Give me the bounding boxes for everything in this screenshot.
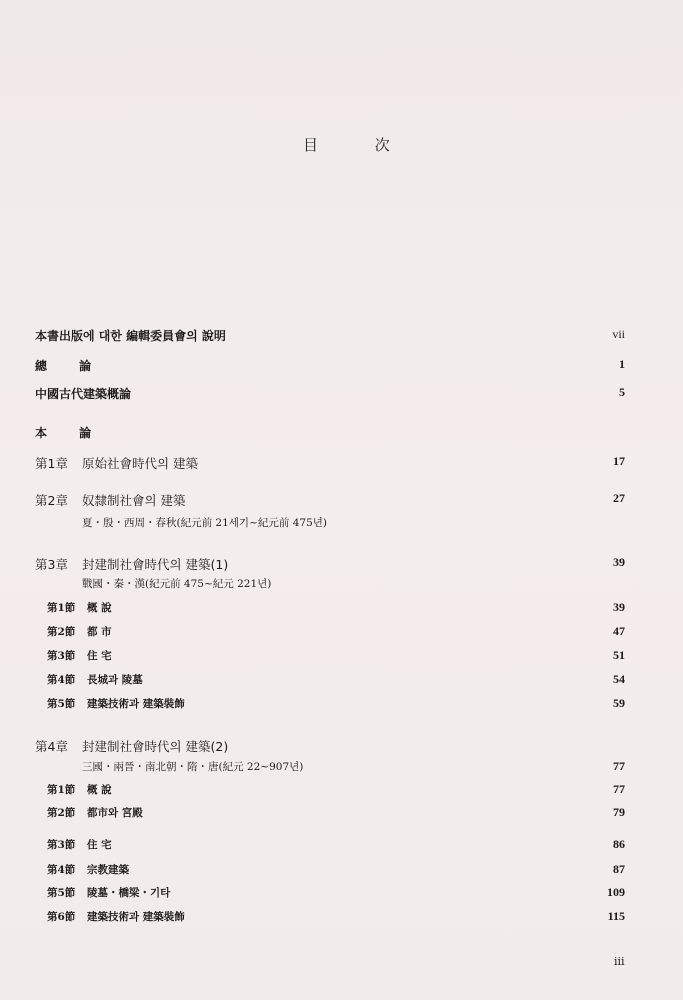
chapter-number: 第1章: [35, 454, 68, 472]
section-number: 第2節: [47, 624, 75, 639]
page-folio: iii: [614, 955, 625, 968]
entry-page: 1: [619, 357, 625, 372]
chapter-title: 原始社會時代의 建築: [82, 454, 198, 472]
section-number: 第1節: [47, 782, 75, 797]
section-number: 第5節: [47, 696, 75, 711]
entry-page: 47: [613, 624, 625, 639]
section-entry: 第3節 住 宅 86: [0, 837, 683, 857]
chapter-subtitle: 三國・兩晉・南北朝・隋・唐(紀元 22~907년) 77: [0, 759, 683, 779]
section-entry: 第1節 概 說 39: [0, 600, 683, 620]
section-entry: 第2節 都市와 宮殿 79: [0, 805, 683, 825]
entry-page: vii: [612, 327, 625, 342]
entry-page: 39: [613, 600, 625, 615]
chapter-entry: 第4章 封建制社會時代의 建築(2): [0, 737, 683, 757]
section-entry: 第2節 都 市 47: [0, 624, 683, 644]
section-title: 建築技術과 建築裝飾: [87, 696, 185, 711]
section-number: 第3節: [47, 648, 75, 663]
section-number: 第1節: [47, 600, 75, 615]
page-title: 目 次: [303, 134, 416, 155]
chapter-entry: 第3章 封建制社會時代의 建築(1) 39: [0, 555, 683, 575]
chapter-title: 封建制社會時代의 建築(2): [82, 737, 228, 755]
chapter-number: 第2章: [35, 491, 68, 509]
entry-page: 17: [613, 454, 625, 469]
chapter-entry: 第2章 奴隸制社會의 建築 27: [0, 491, 683, 511]
section-number: 第2節: [47, 805, 75, 820]
chapter-number: 第3章: [35, 555, 68, 573]
section-title: 建築技術과 建築裝飾: [87, 909, 185, 924]
section-title: 宗教建築: [87, 862, 129, 877]
section-entry: 第5節 建築技術과 建築裝飾 59: [0, 696, 683, 716]
chapter-title: 奴隸制社會의 建築: [82, 491, 186, 509]
toc-entry: 本書出版에 대한 編輯委員會의 說明 vii: [0, 327, 683, 347]
section-entry: 第3節 住 宅 51: [0, 648, 683, 668]
entry-page: 54: [613, 672, 625, 687]
chapter-subtitle: 夏・殷・西周・春秋(紀元前 21세기~紀元前 475년): [0, 515, 683, 535]
entry-page: 86: [613, 837, 625, 852]
entry-page: 77: [613, 759, 625, 774]
section-title: 陵墓・橋梁・기타: [87, 885, 170, 900]
section-entry: 第6節 建築技術과 建築裝飾 115: [0, 909, 683, 929]
section-entry: 第4節 長城과 陵墓 54: [0, 672, 683, 692]
entry-page: 39: [613, 555, 625, 570]
section-number: 第4節: [47, 862, 75, 877]
section-title: 都市와 宮殿: [87, 805, 143, 820]
period-label: 戰國・秦・漢(紀元前 475~紀元 221년): [82, 576, 271, 591]
chapter-entry: 第1章 原始社會時代의 建築 17: [0, 454, 683, 474]
entry-label: 總 論: [35, 357, 105, 374]
section-title: 都 市: [87, 624, 112, 639]
section-number: 第5節: [47, 885, 75, 900]
entry-page: 59: [613, 696, 625, 711]
section-title: 長城과 陵墓: [87, 672, 143, 687]
section-entry: 第1節 概 說 77: [0, 782, 683, 802]
entry-page: 77: [613, 782, 625, 797]
section-title: 住 宅: [87, 648, 112, 663]
section-entry: 第5節 陵墓・橋梁・기타 109: [0, 885, 683, 905]
chapter-subtitle: 戰國・秦・漢(紀元前 475~紀元 221년): [0, 576, 683, 596]
toc-page: 目 次 本書出版에 대한 編輯委員會의 說明 vii 總 論 1 中國古代建築概…: [0, 0, 683, 1000]
section-number: 第3節: [47, 837, 75, 852]
entry-label: 本書出版에 대한 編輯委員會의 說明: [35, 327, 226, 344]
period-label: 三國・兩晉・南北朝・隋・唐(紀元 22~907년): [82, 759, 303, 774]
entry-page: 115: [608, 909, 625, 924]
entry-page: 5: [619, 385, 625, 400]
entry-label: 本 論: [35, 424, 105, 441]
entry-label: 中國古代建築概論: [35, 385, 131, 402]
entry-page: 79: [613, 805, 625, 820]
entry-page: 109: [607, 885, 625, 900]
toc-entry: 本 論: [0, 424, 683, 444]
entry-page: 87: [613, 862, 625, 877]
chapter-number: 第4章: [35, 737, 68, 755]
section-number: 第4節: [47, 672, 75, 687]
section-entry: 第4節 宗教建築 87: [0, 862, 683, 882]
period-label: 夏・殷・西周・春秋(紀元前 21세기~紀元前 475년): [82, 515, 327, 530]
section-number: 第6節: [47, 909, 75, 924]
section-title: 概 說: [87, 782, 112, 797]
section-title: 住 宅: [87, 837, 112, 852]
chapter-title: 封建制社會時代의 建築(1): [82, 555, 228, 573]
entry-page: 51: [613, 648, 625, 663]
section-title: 概 說: [87, 600, 112, 615]
entry-page: 27: [613, 491, 625, 506]
toc-entry: 總 論 1: [0, 357, 683, 377]
toc-entry: 中國古代建築概論 5: [0, 385, 683, 405]
